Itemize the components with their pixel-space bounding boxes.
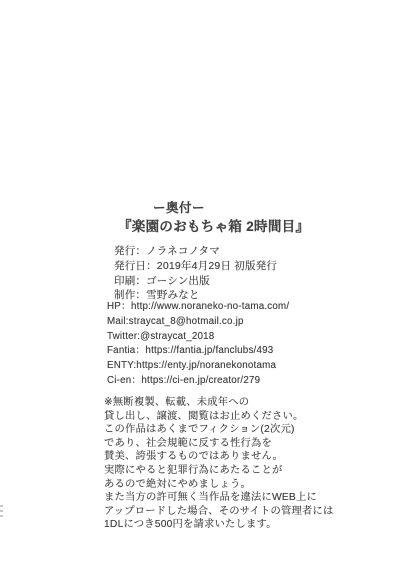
twitter-link-line: Twitter:@straycat_2018 [107,330,289,345]
hp-link-line: HP：http://www.noraneko-no-tama.com/ [107,300,289,315]
scan-artifact [0,505,3,520]
enty-link-line: ENTY:https://enty.jp/noranekonotama [107,359,289,374]
book-title: 『楽園のおもちゃ箱 2時間目』 [118,215,309,235]
notice-line: 貸し出し、譲渡、閲覧はお止めください。 [104,410,334,424]
notice-line: この作品はあくまでフィクション(2次元) [104,423,334,437]
notice-line: であり、社会規範に反する性行為を [104,437,334,451]
mail-link-line: Mail:straycat_8@hotmail.co.jp [107,315,289,330]
notice-line: 賛美、誇張するものではありません。 [104,450,334,464]
publication-info: 発行：ノラネコノタマ 発行日：2019年4月29日 初版発行 印刷：ゴーシン出版… [114,244,277,303]
notice-line: 1DLにつき500円を請求いたします。 [104,518,334,532]
legal-notice: ※無断複製、転載、未成年への 貸し出し、譲渡、閲覧はお止めください。 この作品は… [104,396,334,532]
notice-line: ※無断複製、転載、未成年への [104,396,334,410]
notice-line: アップロードした場合、そのサイトの管理者には [104,505,334,519]
contact-links: HP：http://www.noraneko-no-tama.com/ Mail… [107,300,289,389]
publish-date-line: 発行日：2019年4月29日 初版発行 [114,259,277,274]
notice-line: あるので絶対にやめましょう。 [104,478,334,492]
notice-line: また当方の許可無く当作品を違法にWEB上に [104,491,334,505]
section-title: ー奥付ー [153,198,205,216]
colophon-page: ー奥付ー 『楽園のおもちゃ箱 2時間目』 発行：ノラネコノタマ 発行日：2019… [0,0,400,565]
cien-link-line: Ci-en：https://ci-en.jp/creator/279 [107,374,289,389]
fantia-link-line: Fantia：https://fantia.jp/fanclubs/493 [107,344,289,359]
printer-line: 印刷：ゴーシン出版 [114,274,277,289]
publisher-line: 発行：ノラネコノタマ [114,244,277,259]
notice-line: 実際にやると犯罪行為にあたることが [104,464,334,478]
